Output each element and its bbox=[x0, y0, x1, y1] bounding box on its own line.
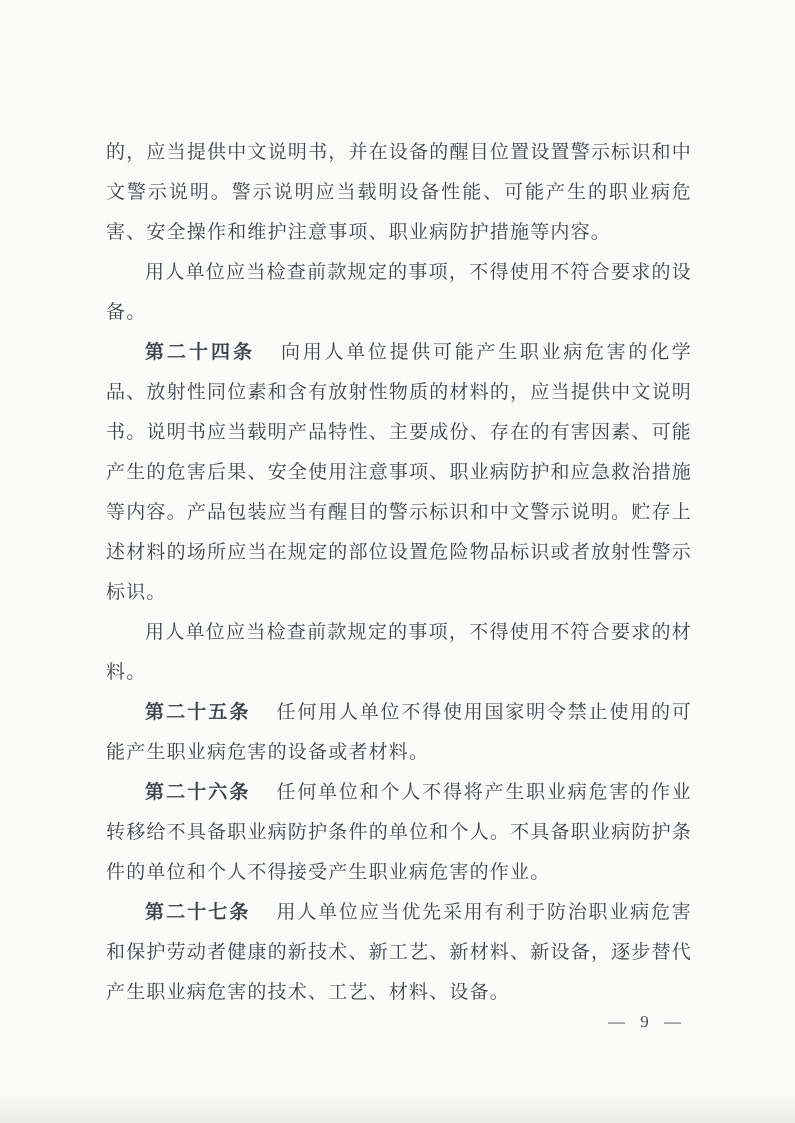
paragraph-text: 向用人单位提供可能产生职业病危害的化学品、放射性同位素和含有放射性物质的材料的，… bbox=[106, 342, 692, 603]
article-number-heading: 第二十六条 bbox=[145, 782, 251, 803]
scan-edge-shadow bbox=[0, 1093, 795, 1123]
page-footer: — 9 — bbox=[608, 1010, 682, 1034]
paragraph: 用人单位应当检查前款规定的事项，不得使用不符合要求的材料。 bbox=[106, 613, 692, 693]
article-number-heading: 第二十七条 bbox=[145, 902, 251, 923]
paragraph: 用人单位应当检查前款规定的事项，不得使用不符合要求的设备。 bbox=[106, 253, 692, 333]
paragraph-article-27: 第二十七条用人单位应当优先采用有利于防治职业病危害和保护劳动者健康的新技术、新工… bbox=[106, 893, 692, 1013]
paragraph-text: 用人单位应当检查前款规定的事项，不得使用不符合要求的材料。 bbox=[106, 622, 692, 683]
paragraph-article-26: 第二十六条任何单位和个人不得将产生职业病危害的作业转移给不具备职业病防护条件的单… bbox=[106, 773, 692, 893]
paragraph-article-25: 第二十五条任何用人单位不得使用国家明令禁止使用的可能产生职业病危害的设备或者材料… bbox=[106, 693, 692, 773]
paragraph-text: 用人单位应当检查前款规定的事项，不得使用不符合要求的设备。 bbox=[106, 262, 692, 323]
page-number: — 9 — bbox=[608, 1012, 682, 1031]
scanned-document-page: 的，应当提供中文说明书，并在设备的醒目位置设置警示标识和中文警示说明。警示说明应… bbox=[0, 0, 795, 1123]
paragraph-continuation: 的，应当提供中文说明书，并在设备的醒目位置设置警示标识和中文警示说明。警示说明应… bbox=[106, 133, 692, 253]
document-text-block: 的，应当提供中文说明书，并在设备的醒目位置设置警示标识和中文警示说明。警示说明应… bbox=[106, 133, 692, 1013]
paragraph-article-24: 第二十四条向用人单位提供可能产生职业病危害的化学品、放射性同位素和含有放射性物质… bbox=[106, 333, 692, 613]
article-number-heading: 第二十四条 bbox=[145, 342, 255, 363]
paragraph-text: 的，应当提供中文说明书，并在设备的醒目位置设置警示标识和中文警示说明。警示说明应… bbox=[106, 142, 692, 243]
article-number-heading: 第二十五条 bbox=[145, 702, 251, 723]
